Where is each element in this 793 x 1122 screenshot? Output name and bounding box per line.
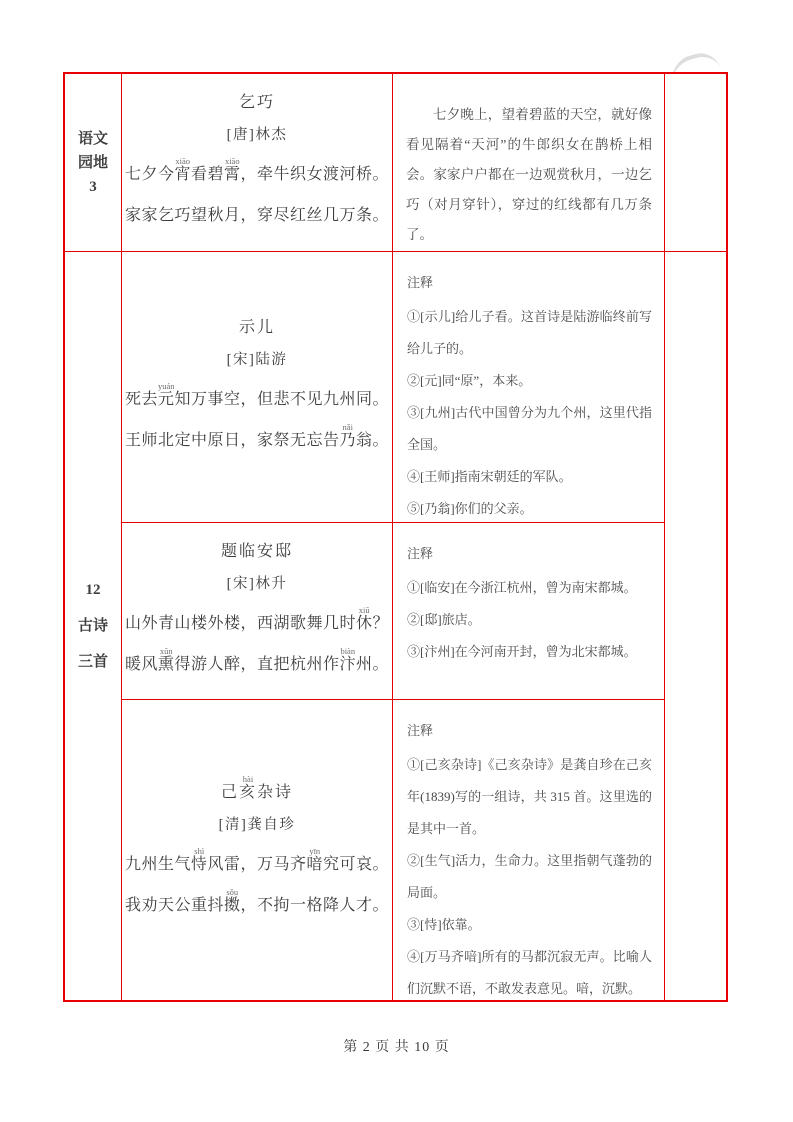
notes-heading: 注释	[407, 715, 652, 747]
note-line: ⑤[乃翁]你们的父亲。	[407, 493, 652, 525]
note-line: ②[生气]活力，生命力。这里指朝气蓬勃的局面。	[407, 845, 652, 909]
poem-title: 题临安邸	[221, 538, 293, 561]
notes-list: ①[示儿]给儿子看。这首诗是陆游临终前写给儿子的。②[元]同“原”，本来。③[九…	[407, 301, 652, 525]
paraphrase-qiqiao: 七夕晚上，望着碧蓝的天空，就好像看见隔着“天河”的牛郎织女在鹊桥上相会。家家户户…	[393, 74, 665, 252]
note-line: ③[恃]依靠。	[407, 909, 652, 941]
note-line: ③[汴州]在今河南开封，曾为北宋都城。	[407, 636, 652, 668]
poem-line: 七夕今宵xiāo看碧霄xiāo，牵牛织女渡河桥。	[125, 154, 389, 195]
poem-author: [清]龚自珍	[219, 813, 296, 834]
note-line: ①[临安]在今浙江杭州，曾为南宋都城。	[407, 572, 652, 604]
note-line: ③[九州]古代中国曾分为九个州，这里代指全国。	[407, 397, 652, 461]
unit-label-line: 语文	[78, 127, 108, 151]
poem-jihai-zashi: 己亥hài杂诗 [清]龚自珍 九州生气恃shì风雷，万马齐喑yīn究可哀。 我劝…	[122, 700, 393, 1000]
notes-list: ①[临安]在今浙江杭州，曾为南宋都城。②[邸]旅店。③[汴州]在今河南开封，曾为…	[407, 572, 652, 668]
notes-shier: 注释 ①[示儿]给儿子看。这首诗是陆游临终前写给儿子的。②[元]同“原”，本来。…	[393, 252, 665, 523]
poem-title: 示儿	[239, 314, 275, 337]
poem-line: 九州生气恃shì风雷，万马齐喑yīn究可哀。	[125, 844, 389, 885]
poem-line: 暖风熏xūn得游人醉，直把杭州作汴biàn州。	[125, 644, 389, 685]
lesson-label-line: 12	[86, 578, 101, 602]
notes-list: ①[己亥杂诗]《己亥杂诗》是龚自珍在己亥年(1839)写的一组诗，共 315 首…	[407, 749, 652, 1005]
poem-author: [宋]陆游	[227, 348, 288, 369]
note-line: ①[己亥杂诗]《己亥杂诗》是龚自珍在己亥年(1839)写的一组诗，共 315 首…	[407, 749, 652, 845]
poem-author: [宋]林升	[227, 572, 288, 593]
empty-column-cell	[665, 252, 726, 1000]
lesson-label-line: 三首	[78, 650, 108, 674]
notes-heading: 注释	[407, 267, 652, 299]
poem-line: 我劝天公重抖擞sǒu，不拘一格降人才。	[125, 885, 389, 926]
note-line: ④[王师]指南宋朝廷的军队。	[407, 461, 652, 493]
poem-qiqiao: 乞巧 [唐]林杰 七夕今宵xiāo看碧霄xiāo，牵牛织女渡河桥。 家家乞巧望秋…	[122, 74, 393, 252]
paraphrase-text: 七夕晚上，望着碧蓝的天空，就好像看见隔着“天河”的牛郎织女在鹊桥上相会。家家户户…	[406, 100, 652, 250]
note-line: ①[示儿]给儿子看。这首诗是陆游临终前写给儿子的。	[407, 301, 652, 365]
poem-line: 王师北定中原日，家祭无忘告乃nǎi翁。	[125, 420, 389, 461]
poem-line: 山外青山楼外楼，西湖歌舞几时休xiū？	[125, 603, 389, 644]
notes-heading: 注释	[407, 538, 652, 570]
unit-label-yuwen-yuandi-3: 语文园地3	[65, 74, 122, 252]
poem-shier: 示儿 [宋]陆游 死去元yuán知万事空，但悲不见九州同。 王师北定中原日，家祭…	[122, 252, 393, 523]
notes-tilinandi: 注释 ①[临安]在今浙江杭州，曾为南宋都城。②[邸]旅店。③[汴州]在今河南开封…	[393, 523, 665, 700]
notes-jihai-zashi: 注释 ①[己亥杂诗]《己亥杂诗》是龚自珍在己亥年(1839)写的一组诗，共 31…	[393, 700, 665, 1000]
poem-tilinanди: 题临安邸 [宋]林升 山外青山楼外楼，西湖歌舞几时休xiū？ 暖风熏xūn得游人…	[122, 523, 393, 700]
note-line: ②[元]同“原”，本来。	[407, 365, 652, 397]
page-footer: 第 2 页 共 10 页	[0, 1036, 793, 1056]
note-line: ④[万马齐喑]所有的马都沉寂无声。比喻人们沉默不语，不敢发表意见。喑，沉默。	[407, 941, 652, 1005]
poem-title: 己亥hài杂诗	[221, 775, 293, 802]
empty-column-cell	[665, 74, 726, 252]
poem-title: 乞巧	[239, 89, 275, 112]
lesson-label-line: 古诗	[78, 614, 108, 638]
unit-label-line: 3	[89, 175, 97, 199]
lesson-label-12-gushi-sanshou: 12古诗三首	[65, 252, 122, 1000]
poem-line: 死去元yuán知万事空，但悲不见九州同。	[125, 379, 389, 420]
note-line: ②[邸]旅店。	[407, 604, 652, 636]
poem-author: [唐]林杰	[227, 123, 288, 144]
poem-line: 家家乞巧望秋月，穿尽红丝几万条。	[125, 195, 389, 236]
unit-label-line: 园地	[78, 151, 108, 175]
poems-table: 语文园地3 乞巧 [唐]林杰 七夕今宵xiāo看碧霄xiāo，牵牛织女渡河桥。 …	[63, 72, 728, 1002]
